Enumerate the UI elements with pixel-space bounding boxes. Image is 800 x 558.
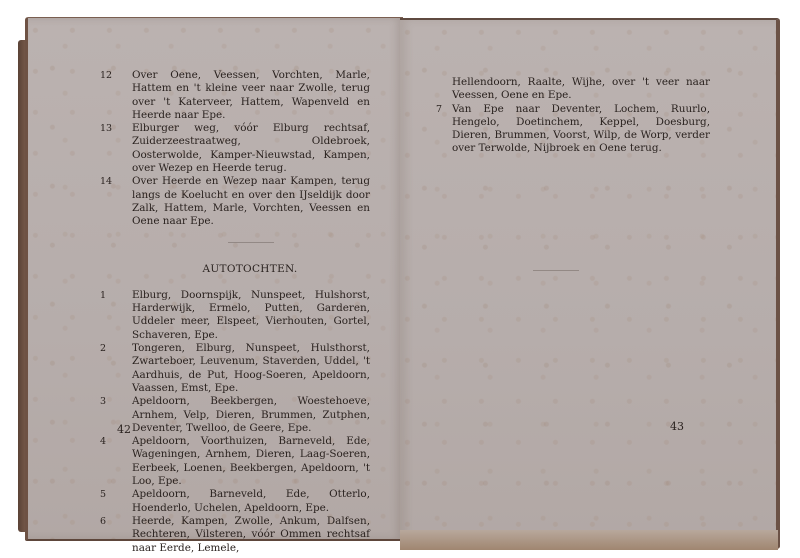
entry-number: 14 bbox=[100, 175, 114, 188]
auto-route-1: 1 Elburg, Doornspijk, Nunspeet, Hulshors… bbox=[100, 289, 370, 342]
entry-text: Tongeren, Elburg, Nunspeet, Hulsthorst, … bbox=[132, 342, 370, 394]
entry-number: 2 bbox=[100, 342, 114, 355]
entry-number: 13 bbox=[100, 122, 114, 135]
entry-number: 3 bbox=[100, 395, 114, 408]
divider-rule bbox=[228, 242, 274, 243]
entry-number: 5 bbox=[100, 488, 114, 501]
left-page: 12 Over Oene, Veessen, Vorchten, Marle, … bbox=[25, 17, 403, 541]
right-page-body: Hellendoorn, Raalte, Wijhe, over 't veer… bbox=[420, 76, 710, 156]
entry-text: Over Heerde en Wezep naar Kampen, terug … bbox=[132, 175, 370, 227]
entry-number: 4 bbox=[100, 435, 114, 448]
page-number-right: 43 bbox=[670, 420, 684, 433]
entry-text: Over Oene, Veessen, Vorchten, Marle, Hat… bbox=[132, 69, 370, 121]
entry-text: Apeldoorn, Voorthuizen, Barneveld, Ede, … bbox=[132, 435, 370, 487]
auto-route-4: 4 Apeldoorn, Voorthuizen, Barneveld, Ede… bbox=[100, 435, 370, 488]
route-entry-12: 12 Over Oene, Veessen, Vorchten, Marle, … bbox=[100, 69, 370, 122]
route-continuation: Hellendoorn, Raalte, Wijhe, over 't veer… bbox=[420, 76, 710, 103]
auto-route-5: 5 Apeldoorn, Barneveld, Ede, Otterlo, Ho… bbox=[100, 488, 370, 515]
open-book: 12 Over Oene, Veessen, Vorchten, Marle, … bbox=[0, 0, 800, 558]
entry-number: 12 bbox=[100, 69, 114, 82]
right-page: Hellendoorn, Raalte, Wijhe, over 't veer… bbox=[400, 18, 780, 549]
entry-text: Heerde, Kampen, Zwolle, Ankum, Dalfsen, … bbox=[132, 515, 370, 554]
auto-route-3: 3 Apeldoorn, Beekbergen, Woestehoeve, Ar… bbox=[100, 395, 370, 435]
entry-number: 6 bbox=[100, 515, 114, 528]
entry-number: 7 bbox=[436, 103, 450, 116]
route-entry-14: 14 Over Heerde en Wezep naar Kampen, ter… bbox=[100, 175, 370, 228]
auto-route-7: 7 Van Epe naar Deventer, Lochem, Ruurlo,… bbox=[420, 103, 710, 156]
entry-text: Apeldoorn, Barneveld, Ede, Otterlo, Hoen… bbox=[132, 488, 370, 513]
divider-rule bbox=[533, 270, 579, 271]
auto-route-2: 2 Tongeren, Elburg, Nunspeet, Hulsthorst… bbox=[100, 342, 370, 395]
page-number-left: 42 bbox=[117, 423, 131, 436]
left-page-body: 12 Over Oene, Veessen, Vorchten, Marle, … bbox=[100, 69, 370, 555]
entry-text: Apeldoorn, Beekbergen, Woestehoeve, Arnh… bbox=[132, 395, 370, 434]
auto-route-6: 6 Heerde, Kampen, Zwolle, Ankum, Dalfsen… bbox=[100, 515, 370, 555]
entry-text: Hellendoorn, Raalte, Wijhe, over 't veer… bbox=[452, 76, 710, 101]
entry-text: Elburg, Doornspijk, Nunspeet, Hulshorst,… bbox=[132, 289, 370, 341]
route-entry-13: 13 Elburger weg, vóór Elburg rechtsaf, Z… bbox=[100, 122, 370, 175]
entry-text: Van Epe naar Deventer, Lochem, Ruurlo, H… bbox=[452, 103, 710, 155]
entry-number: 1 bbox=[100, 289, 114, 302]
section-heading: AUTOTOCHTEN. bbox=[100, 263, 370, 276]
entry-text: Elburger weg, vóór Elburg rechtsaf, Zuid… bbox=[132, 122, 370, 174]
page-bottom-edge bbox=[400, 530, 778, 550]
